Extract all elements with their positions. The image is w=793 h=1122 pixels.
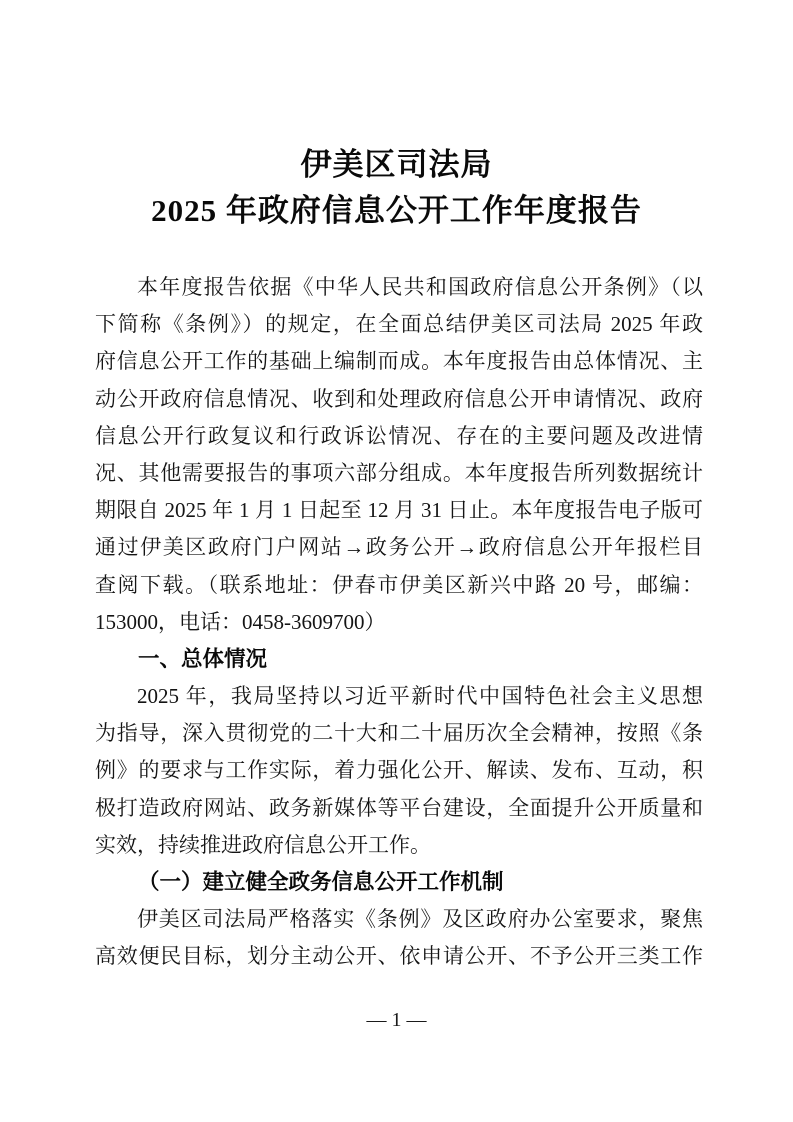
body-line: 下简称《条例》）的规定，在全面总结伊美区司法局 2025 年政 (95, 306, 703, 343)
body-line: 期限自 2025 年 1 月 1 日起至 12 月 31 日止。本年度报告电子版… (95, 492, 703, 529)
subsection-heading: （一）建立健全政务信息公开工作机制 (95, 864, 703, 901)
document-title: 伊美区司法局 2025 年政府信息公开工作年度报告 (0, 142, 793, 234)
body-line: 查阅下载。（联系地址：伊春市伊美区新兴中路 20 号，邮编： (95, 567, 703, 604)
body-line: 为指导，深入贯彻党的二十大和二十届历次全会精神，按照《条 (95, 715, 703, 752)
body-line: 动公开政府信息情况、收到和处理政府信息公开申请情况、政府 (95, 381, 703, 418)
body-line: 况、其他需要报告的事项六部分组成。本年度报告所列数据统计 (95, 455, 703, 492)
body-line: 伊美区司法局严格落实《条例》及区政府办公室要求，聚焦 (95, 901, 703, 938)
page-number: — 1 — (0, 1005, 793, 1035)
body-line: 高效便民目标，划分主动公开、依申请公开、不予公开三类工作 (95, 938, 703, 975)
body-line: 实效，持续推进政府信息公开工作。 (95, 827, 703, 864)
document-title-line1: 伊美区司法局 (0, 142, 793, 188)
document-body: 本年度报告依据《中华人民共和国政府信息公开条例》（以下简称《条例》）的规定，在全… (95, 269, 703, 976)
body-line: 153000，电话：0458-3609700） (95, 604, 703, 641)
body-line: 府信息公开工作的基础上编制而成。本年度报告由总体情况、主 (95, 343, 703, 380)
document-title-line2: 2025 年政府信息公开工作年度报告 (0, 188, 793, 234)
document-page: 伊美区司法局 2025 年政府信息公开工作年度报告 本年度报告依据《中华人民共和… (0, 0, 793, 1122)
body-line: 极打造政府网站、政务新媒体等平台建设，全面提升公开质量和 (95, 790, 703, 827)
body-line: 信息公开行政复议和行政诉讼情况、存在的主要问题及改进情 (95, 418, 703, 455)
body-line: 通过伊美区政府门户网站→政务公开→政府信息公开年报栏目 (95, 529, 703, 566)
section-heading: 一、总体情况 (95, 641, 703, 678)
body-line: 本年度报告依据《中华人民共和国政府信息公开条例》（以 (95, 269, 703, 306)
body-line: 例》的要求与工作实际，着力强化公开、解读、发布、互动，积 (95, 752, 703, 789)
body-line: 2025 年，我局坚持以习近平新时代中国特色社会主义思想 (95, 678, 703, 715)
